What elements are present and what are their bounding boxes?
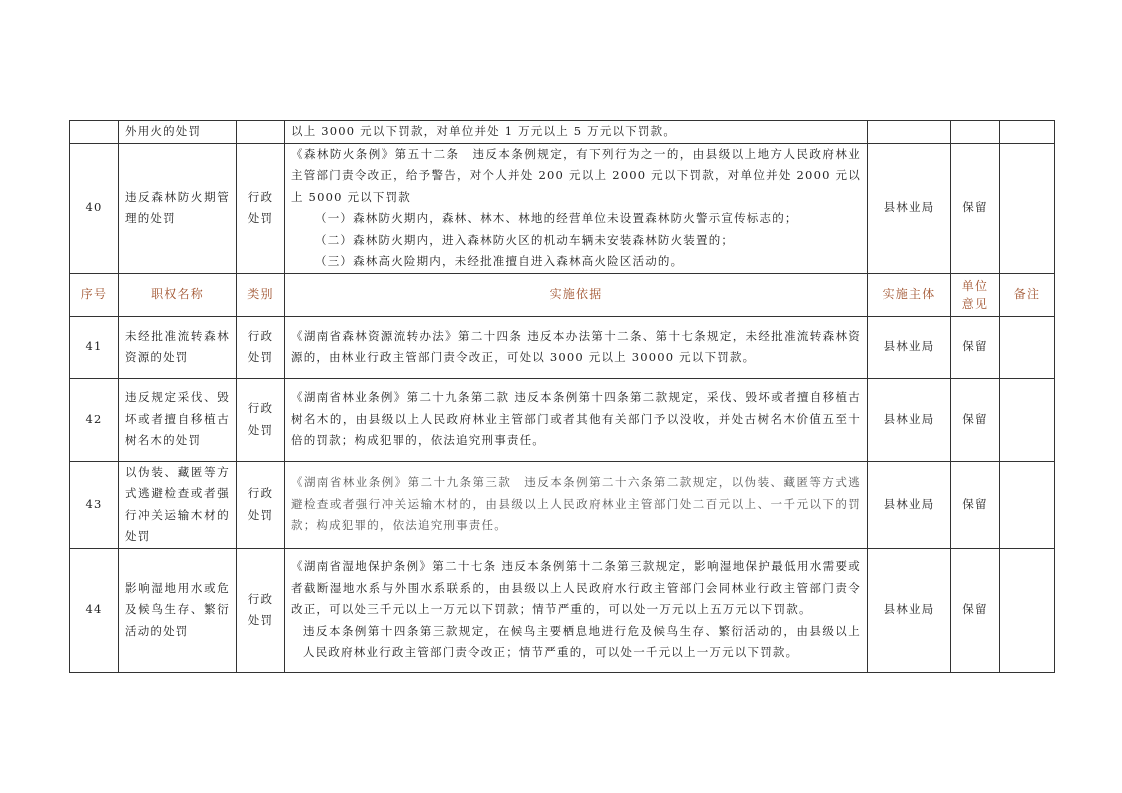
basis-paragraph: 《湖南省林业条例》第二十九条第三款 违反本条例第二十六条第二款规定，以伪装、藏匿… [291,472,861,537]
cell-no: 40 [70,143,119,273]
header-basis: 实施依据 [285,273,868,316]
powers-list-table: 外用火的处罚 以上 3000 元以下罚款，对单位并处 1 万元以上 5 万元以下… [69,120,1055,673]
cell-opinion [951,121,1000,144]
cell-type: 行政处罚 [237,378,285,461]
cell-basis: 以上 3000 元以下罚款，对单位并处 1 万元以上 5 万元以下罚款。 [285,121,868,144]
cell-type: 行政处罚 [237,316,285,378]
cell-basis: 《森林防火条例》第五十二条 违反本条例规定，有下列行为之一的，由县级以上地方人民… [285,143,868,273]
cell-no: 42 [70,378,119,461]
cell-type: 行政处罚 [237,548,285,672]
cell-opinion: 保留 [951,461,1000,548]
cell-body: 县林业局 [868,316,951,378]
basis-paragraph: 《湖南省森林资源流转办法》第二十四条 违反本办法第十二条、第十七条规定，未经批准… [291,326,861,369]
cell-type: 行政处罚 [237,461,285,548]
cell-body: 县林业局 [868,143,951,273]
basis-item: （二）森林防火期内，进入森林防火区的机动车辆未安装森林防火装置的； [291,230,861,252]
cell-name: 违反森林防火期管理的处罚 [119,143,237,273]
table-header-row: 序号 职权名称 类别 实施依据 实施主体 单位意见 备注 [70,273,1055,316]
table-row: 41 未经批准流转森林资源的处罚 行政处罚 《湖南省森林资源流转办法》第二十四条… [70,316,1055,378]
basis-paragraph: 《湖南省湿地保护条例》第二十七条 违反本条例第十二条第三款规定，影响湿地保护最低… [291,556,861,621]
header-no: 序号 [70,273,119,316]
cell-no [70,121,119,144]
cell-name: 未经批准流转森林资源的处罚 [119,316,237,378]
basis-item: （三）森林高火险期内，未经批准擅自进入森林高火险区活动的。 [291,251,861,273]
cell-note [1000,143,1055,273]
cell-opinion: 保留 [951,316,1000,378]
cell-note [1000,121,1055,144]
basis-paragraph: 违反本条例第十四条第三款规定，在候鸟主要栖息地进行危及候鸟生存、繁衍活动的，由县… [291,621,861,664]
cell-opinion: 保留 [951,143,1000,273]
header-note: 备注 [1000,273,1055,316]
header-opinion: 单位意见 [951,273,1000,316]
cell-type: 行政处罚 [237,143,285,273]
basis-item: （一）森林防火期内，森林、林木、林地的经营单位未设置森林防火警示宣传标志的； [291,208,861,230]
table-row: 43 以伪装、藏匿等方式逃避检查或者强行冲关运输木材的处罚 行政处罚 《湖南省林… [70,461,1055,548]
cell-name: 以伪装、藏匿等方式逃避检查或者强行冲关运输木材的处罚 [119,461,237,548]
basis-paragraph: 《森林防火条例》第五十二条 违反本条例规定，有下列行为之一的，由县级以上地方人民… [291,144,861,209]
cell-basis: 《湖南省森林资源流转办法》第二十四条 违反本办法第十二条、第十七条规定，未经批准… [285,316,868,378]
cell-name: 外用火的处罚 [119,121,237,144]
cell-body: 县林业局 [868,461,951,548]
cell-basis: 《湖南省林业条例》第二十九条第二款 违反本条例第十四条第二款规定，采伐、毁坏或者… [285,378,868,461]
cell-body [868,121,951,144]
cell-body: 县林业局 [868,548,951,672]
basis-paragraph: 《湖南省林业条例》第二十九条第二款 违反本条例第十四条第二款规定，采伐、毁坏或者… [291,387,861,452]
header-body: 实施主体 [868,273,951,316]
table-row: 44 影响湿地用水或危及候鸟生存、繁衍活动的处罚 行政处罚 《湖南省湿地保护条例… [70,548,1055,672]
cell-note [1000,548,1055,672]
cell-opinion: 保留 [951,378,1000,461]
cell-note [1000,378,1055,461]
table-row: 42 违反规定采伐、毁坏或者擅自移植古树名木的处罚 行政处罚 《湖南省林业条例》… [70,378,1055,461]
header-type: 类别 [237,273,285,316]
cell-no: 44 [70,548,119,672]
cell-name: 违反规定采伐、毁坏或者擅自移植古树名木的处罚 [119,378,237,461]
cell-basis: 《湖南省林业条例》第二十九条第三款 违反本条例第二十六条第二款规定，以伪装、藏匿… [285,461,868,548]
cell-no: 41 [70,316,119,378]
cell-basis: 《湖南省湿地保护条例》第二十七条 违反本条例第十二条第三款规定，影响湿地保护最低… [285,548,868,672]
cell-note [1000,316,1055,378]
cell-no: 43 [70,461,119,548]
table-row: 40 违反森林防火期管理的处罚 行政处罚 《森林防火条例》第五十二条 违反本条例… [70,143,1055,273]
header-name: 职权名称 [119,273,237,316]
cell-body: 县林业局 [868,378,951,461]
cell-name: 影响湿地用水或危及候鸟生存、繁衍活动的处罚 [119,548,237,672]
table-row-continuation: 外用火的处罚 以上 3000 元以下罚款，对单位并处 1 万元以上 5 万元以下… [70,121,1055,144]
cell-opinion: 保留 [951,548,1000,672]
cell-type [237,121,285,144]
cell-note [1000,461,1055,548]
